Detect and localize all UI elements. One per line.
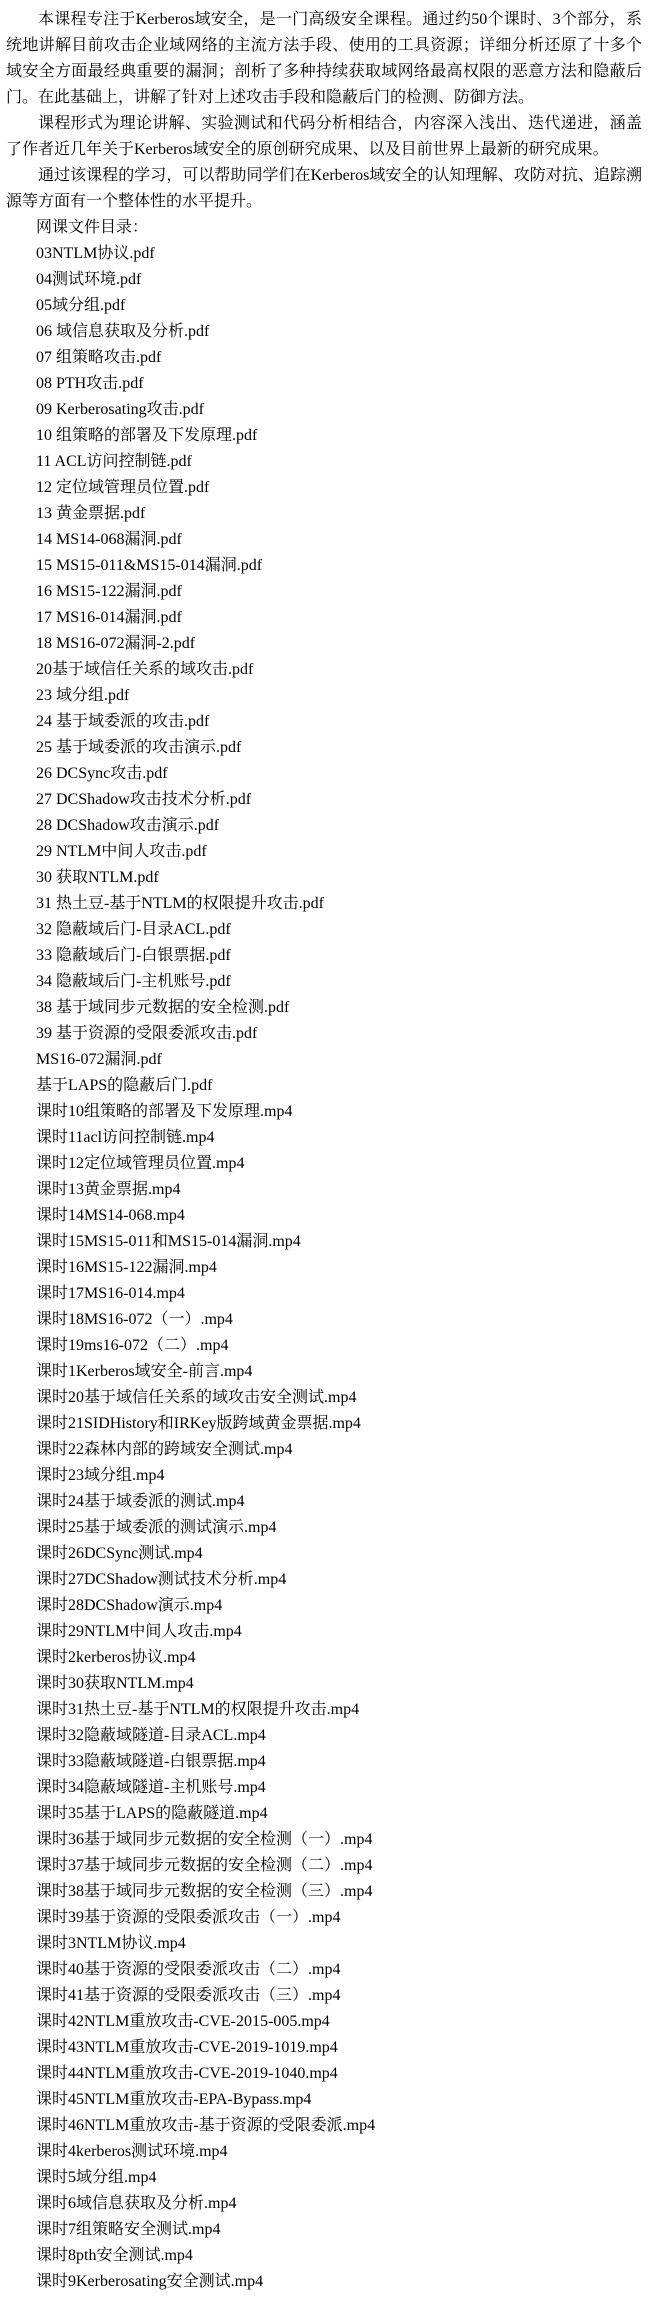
file-list-item: 课时8pth安全测试.mp4 — [36, 2243, 642, 2269]
file-list-heading: 网课文件目录： — [6, 215, 642, 241]
file-list-item: 28 DCShadow攻击演示.pdf — [36, 813, 642, 839]
intro-paragraph-1: 本课程专注于Kerberos域安全，是一门高级安全课程。通过约50个课时、3个部… — [6, 7, 642, 111]
file-list-item: 06 域信息获取及分析.pdf — [36, 319, 642, 345]
file-list-item: 课时18MS16-072（一）.mp4 — [36, 1307, 642, 1333]
file-list-item: 23 域分组.pdf — [36, 683, 642, 709]
file-list-item: 11 ACL访问控制链.pdf — [36, 449, 642, 475]
file-list-item: 课时15MS15-011和MS15-014漏洞.mp4 — [36, 1229, 642, 1255]
file-list-item: 课时12定位域管理员位置.mp4 — [36, 1151, 642, 1177]
file-list-item: 课时36基于域同步元数据的安全检测（一）.mp4 — [36, 1827, 642, 1853]
file-list-item: 17 MS16-014漏洞.pdf — [36, 605, 642, 631]
file-list-item: 13 黄金票据.pdf — [36, 501, 642, 527]
file-list-item: 课时14MS14-068.mp4 — [36, 1203, 642, 1229]
file-list-item: 课时23域分组.mp4 — [36, 1463, 642, 1489]
file-list-item: 课时32隐蔽域隧道-目录ACL.mp4 — [36, 1723, 642, 1749]
file-list-item: 课时46NTLM重放攻击-基于资源的受限委派.mp4 — [36, 2113, 642, 2139]
file-list-item: 课时45NTLM重放攻击-EPA-Bypass.mp4 — [36, 2087, 642, 2113]
file-list-item: 24 基于域委派的攻击.pdf — [36, 709, 642, 735]
file-list-item: 14 MS14-068漏洞.pdf — [36, 527, 642, 553]
file-list-item: 课时26DCSync测试.mp4 — [36, 1541, 642, 1567]
file-list-item: 课时20基于域信任关系的域攻击安全测试.mp4 — [36, 1385, 642, 1411]
file-list-item: 课时38基于域同步元数据的安全检测（三）.mp4 — [36, 1879, 642, 1905]
file-list-item: 课时17MS16-014.mp4 — [36, 1281, 642, 1307]
file-list-item: 30 获取NTLM.pdf — [36, 865, 642, 891]
file-list-item: 课时2kerberos协议.mp4 — [36, 1645, 642, 1671]
file-list-item: 课时39基于资源的受限委派攻击（一）.mp4 — [36, 1905, 642, 1931]
course-description-document: 本课程专注于Kerberos域安全，是一门高级安全课程。通过约50个课时、3个部… — [0, 0, 650, 2295]
file-list-item: 课时43NTLM重放攻击-CVE-2019-1019.mp4 — [36, 2035, 642, 2061]
file-list-item: 18 MS16-072漏洞-2.pdf — [36, 631, 642, 657]
file-list-item: 课时31热土豆-基于NTLM的权限提升攻击.mp4 — [36, 1697, 642, 1723]
file-list-item: 15 MS15-011&MS15-014漏洞.pdf — [36, 553, 642, 579]
file-list-item: 课时34隐蔽域隧道-主机账号.mp4 — [36, 1775, 642, 1801]
file-list-item: 31 热土豆-基于NTLM的权限提升攻击.pdf — [36, 891, 642, 917]
file-list-item: 26 DCSync攻击.pdf — [36, 761, 642, 787]
file-list-item: 课时21SIDHistory和IRKey版跨域黄金票据.mp4 — [36, 1411, 642, 1437]
file-list-item: 32 隐蔽域后门-目录ACL.pdf — [36, 917, 642, 943]
file-list-item: 课时24基于域委派的测试.mp4 — [36, 1489, 642, 1515]
file-list-item: 课时28DCShadow演示.mp4 — [36, 1593, 642, 1619]
file-list-item: 课时9Kerberosating安全测试.mp4 — [36, 2269, 642, 2295]
file-list-item: 课时6域信息获取及分析.mp4 — [36, 2191, 642, 2217]
file-list-item: 38 基于域同步元数据的安全检测.pdf — [36, 995, 642, 1021]
file-list-item: 03NTLM协议.pdf — [36, 241, 642, 267]
file-list-item: 课时3NTLM协议.mp4 — [36, 1931, 642, 1957]
file-list-item: 课时7组策略安全测试.mp4 — [36, 2217, 642, 2243]
file-list-item: 10 组策略的部署及下发原理.pdf — [36, 423, 642, 449]
file-list-item: 基于LAPS的隐蔽后门.pdf — [36, 1073, 642, 1099]
file-list-item: 课时33隐蔽域隧道-白银票据.mp4 — [36, 1749, 642, 1775]
file-list-item: 课时42NTLM重放攻击-CVE-2015-005.mp4 — [36, 2009, 642, 2035]
file-list-item: 05域分组.pdf — [36, 293, 642, 319]
file-list-item: 课时27DCShadow测试技术分析.mp4 — [36, 1567, 642, 1593]
file-list-item: 课时30获取NTLM.mp4 — [36, 1671, 642, 1697]
file-list-item: 课时11acl访问控制链.mp4 — [36, 1125, 642, 1151]
file-list-item: 课时1Kerberos域安全-前言.mp4 — [36, 1359, 642, 1385]
file-list-item: 课时25基于域委派的测试演示.mp4 — [36, 1515, 642, 1541]
file-list-item: 课时5域分组.mp4 — [36, 2165, 642, 2191]
file-list-item: 33 隐蔽域后门-白银票据.pdf — [36, 943, 642, 969]
file-list-item: 25 基于域委派的攻击演示.pdf — [36, 735, 642, 761]
file-list-item: MS16-072漏洞.pdf — [36, 1047, 642, 1073]
file-list-item: 课时10组策略的部署及下发原理.mp4 — [36, 1099, 642, 1125]
file-list: 03NTLM协议.pdf04测试环境.pdf05域分组.pdf06 域信息获取及… — [6, 241, 642, 2295]
intro-paragraph-3: 通过该课程的学习，可以帮助同学们在Kerberos域安全的认知理解、攻防对抗、追… — [6, 163, 642, 215]
file-list-item: 课时35基于LAPS的隐蔽隧道.mp4 — [36, 1801, 642, 1827]
file-list-item: 课时19ms16-072（二）.mp4 — [36, 1333, 642, 1359]
file-list-item: 课时4kerberos测试环境.mp4 — [36, 2139, 642, 2165]
file-list-item: 20基于域信任关系的域攻击.pdf — [36, 657, 642, 683]
file-list-item: 16 MS15-122漏洞.pdf — [36, 579, 642, 605]
file-list-item: 08 PTH攻击.pdf — [36, 371, 642, 397]
file-list-item: 课时29NTLM中间人攻击.mp4 — [36, 1619, 642, 1645]
file-list-item: 07 组策略攻击.pdf — [36, 345, 642, 371]
file-list-item: 39 基于资源的受限委派攻击.pdf — [36, 1021, 642, 1047]
file-list-item: 12 定位域管理员位置.pdf — [36, 475, 642, 501]
file-list-item: 课时22森林内部的跨域安全测试.mp4 — [36, 1437, 642, 1463]
file-list-item: 09 Kerberosating攻击.pdf — [36, 397, 642, 423]
file-list-item: 课时16MS15-122漏洞.mp4 — [36, 1255, 642, 1281]
file-list-item: 课时40基于资源的受限委派攻击（二）.mp4 — [36, 1957, 642, 1983]
file-list-item: 课时44NTLM重放攻击-CVE-2019-1040.mp4 — [36, 2061, 642, 2087]
file-list-item: 课时13黄金票据.mp4 — [36, 1177, 642, 1203]
file-list-item: 29 NTLM中间人攻击.pdf — [36, 839, 642, 865]
file-list-item: 课时37基于域同步元数据的安全检测（二）.mp4 — [36, 1853, 642, 1879]
file-list-item: 27 DCShadow攻击技术分析.pdf — [36, 787, 642, 813]
file-list-item: 34 隐蔽域后门-主机账号.pdf — [36, 969, 642, 995]
intro-paragraph-2: 课程形式为理论讲解、实验测试和代码分析相结合，内容深入浅出、迭代递进，涵盖了作者… — [6, 111, 642, 163]
file-list-item: 04测试环境.pdf — [36, 267, 642, 293]
file-list-item: 课时41基于资源的受限委派攻击（三）.mp4 — [36, 1983, 642, 2009]
